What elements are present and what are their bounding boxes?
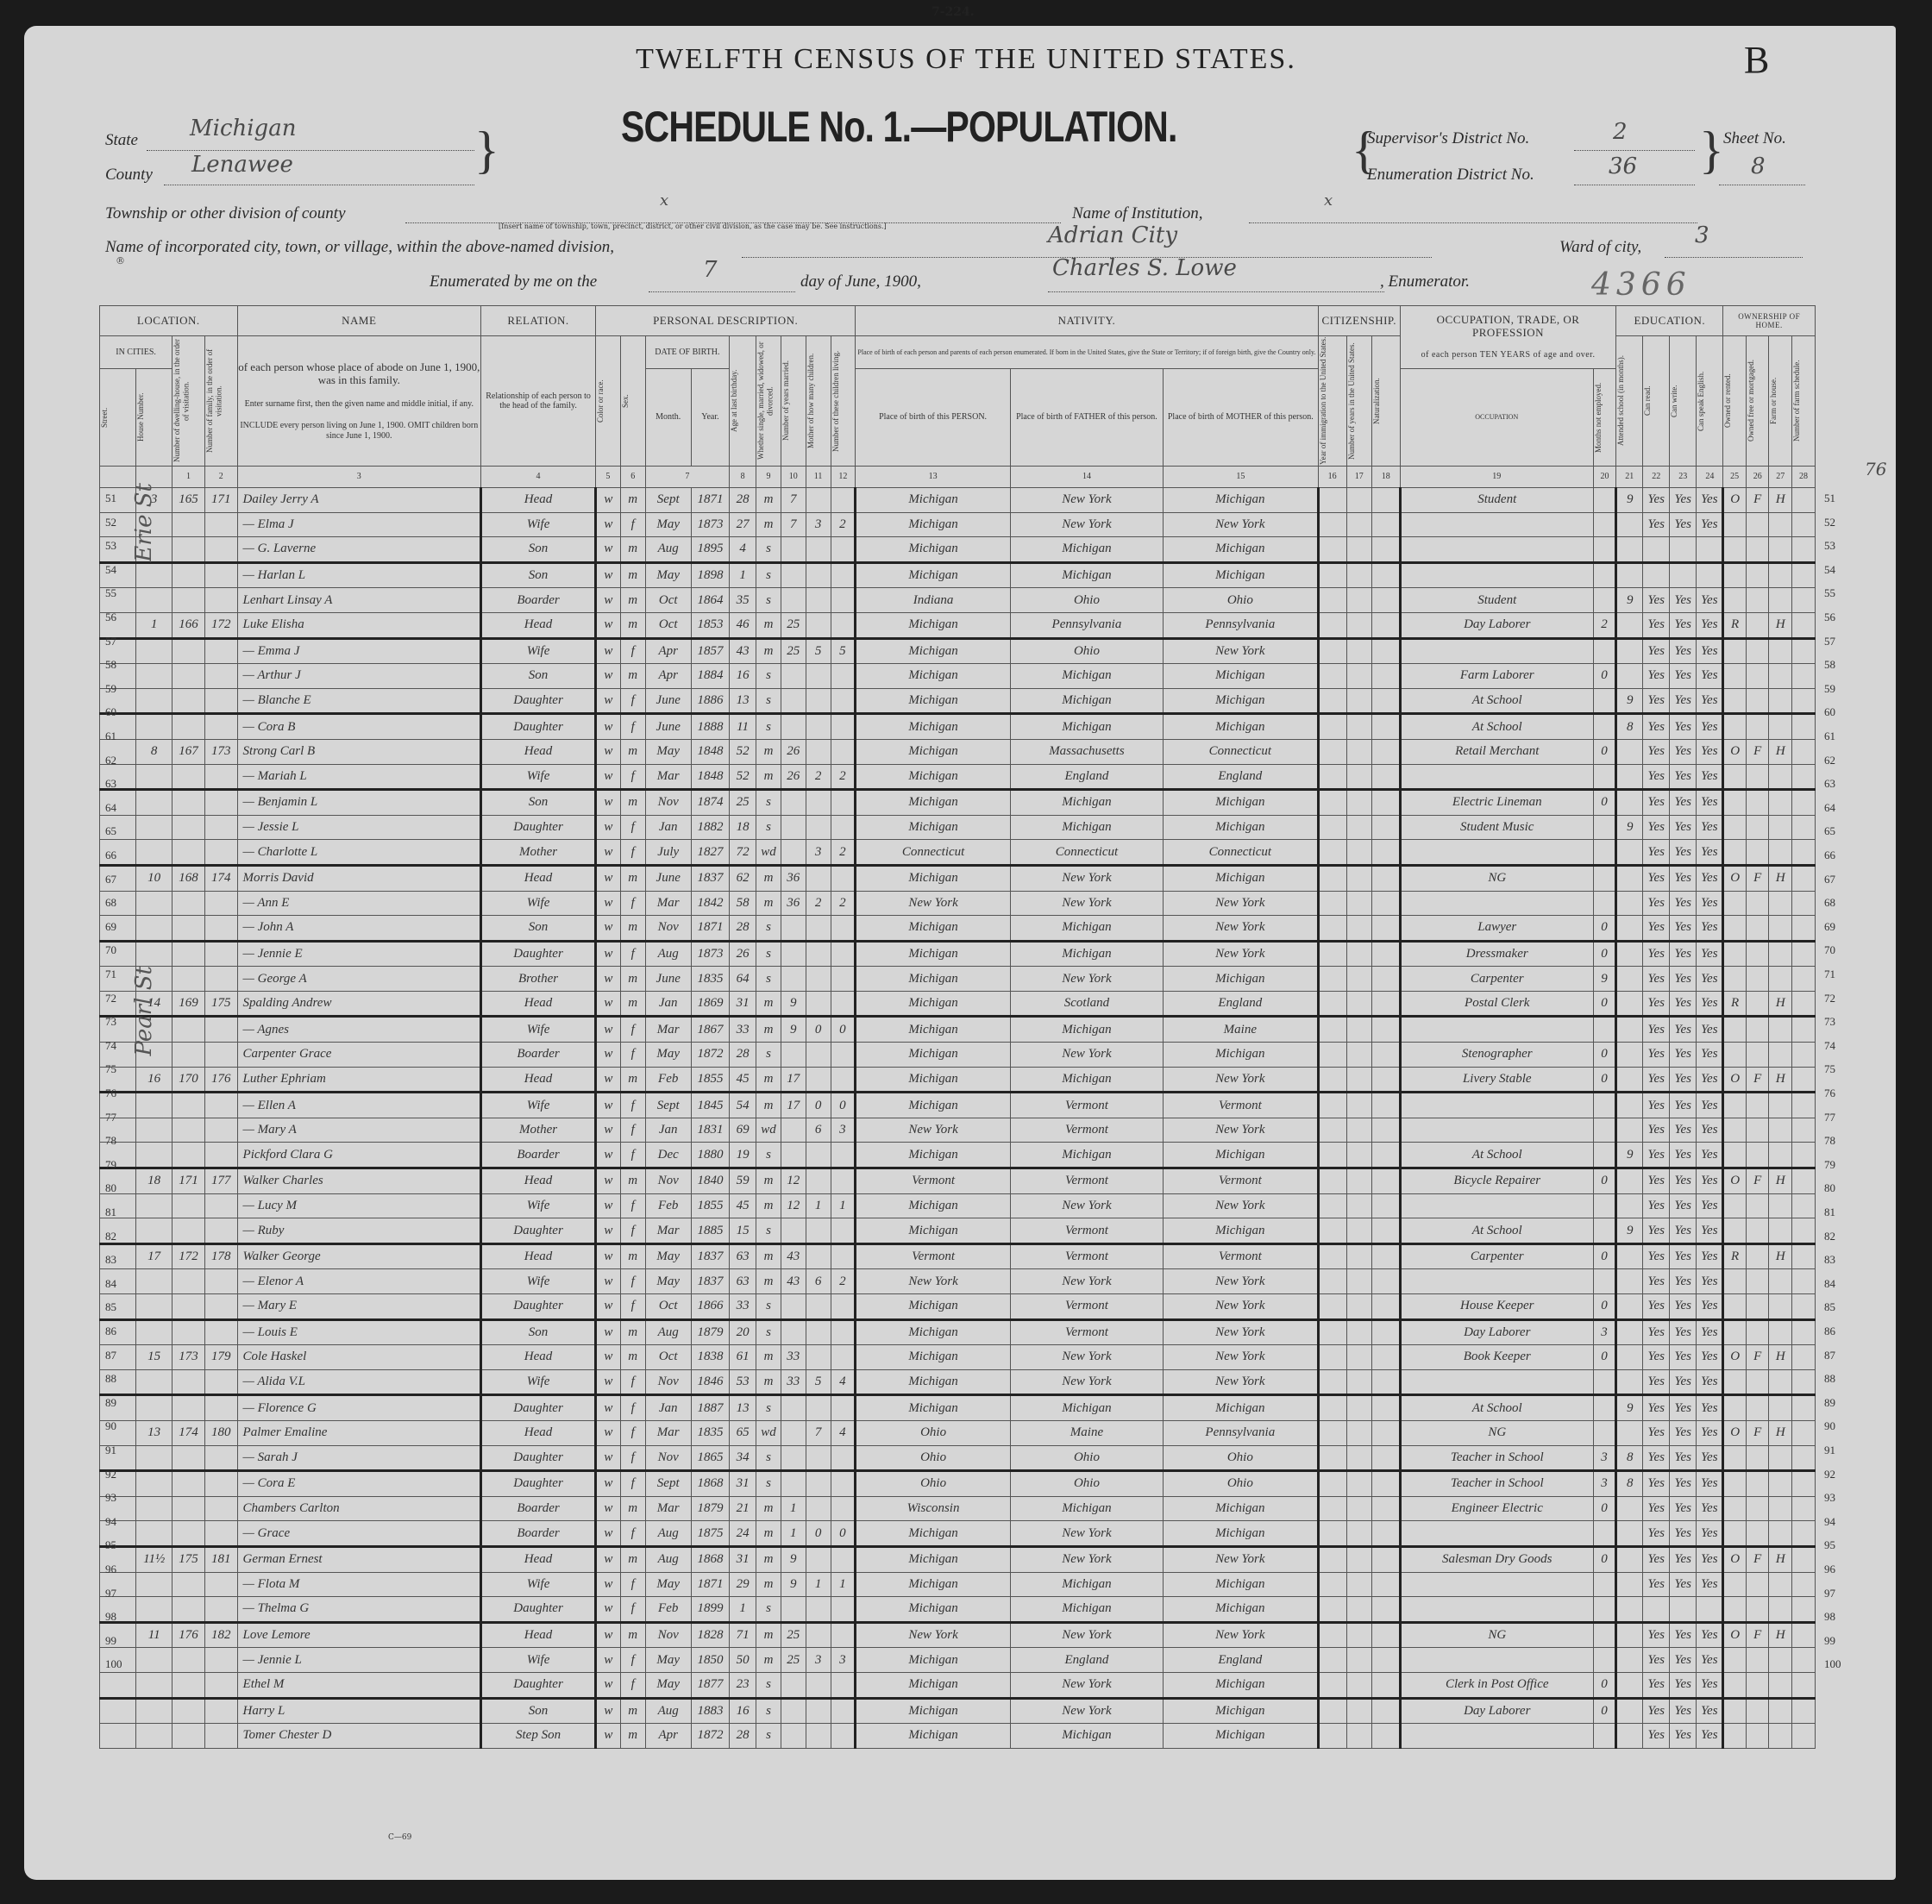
line-number: 96 [1824, 1563, 1835, 1576]
cell-owned: O [1723, 1622, 1747, 1648]
cell-dwelling [172, 1496, 205, 1521]
cell-immig [1318, 941, 1346, 967]
cell-month: Mar [645, 1218, 691, 1244]
cell-farm [1769, 588, 1792, 613]
table-row: — GraceBoarderwfAug187524m100MichiganNew… [100, 1521, 1816, 1547]
cell-owned [1723, 1017, 1747, 1043]
cell-family: 181 [204, 1546, 237, 1572]
cell-month: June [645, 967, 691, 992]
cell-age: 24 [730, 1521, 756, 1547]
cell-unemployed: 0 [1593, 991, 1616, 1017]
cell-natur [1371, 1319, 1400, 1345]
line-number: 87 [105, 1349, 116, 1362]
cell-dwelling [172, 967, 205, 992]
cell-occupation: NG [1400, 1622, 1593, 1648]
cell-relation: Son [481, 664, 596, 689]
cell-write: Yes [1670, 815, 1697, 840]
cell-farm [1769, 1572, 1792, 1597]
farm-schedule-header: Number of farm schedule. [1792, 336, 1801, 466]
cell-unemployed [1593, 1193, 1616, 1218]
cell-english: Yes [1697, 1572, 1723, 1597]
cell-yrs-married: 26 [781, 739, 806, 764]
cell-sex: m [620, 739, 645, 764]
cell-occupation [1400, 1724, 1593, 1749]
cell-school [1616, 1193, 1643, 1218]
cell-write [1670, 562, 1697, 588]
cell-immig [1318, 891, 1346, 916]
line-number: 74 [105, 1039, 116, 1053]
cell-family [204, 1118, 237, 1143]
cell-farm [1769, 1496, 1792, 1521]
cell-dwelling [172, 891, 205, 916]
cell-farm-sched [1792, 512, 1816, 537]
cell-occupation [1400, 537, 1593, 563]
cell-age: 21 [730, 1496, 756, 1521]
cell-farm-sched [1792, 1369, 1816, 1395]
cell-immig [1318, 1017, 1346, 1043]
table-row: 8167173Strong Carl BHeadwmMay184852m26Mi… [100, 739, 1816, 764]
column-number: 20 [1593, 467, 1616, 488]
cell-color: w [596, 537, 621, 563]
cell-occupation: At School [1400, 688, 1593, 714]
cell-natur [1371, 1369, 1400, 1395]
cell-bpm: New York [1164, 891, 1318, 916]
cell-english: Yes [1697, 1143, 1723, 1168]
cell-owned: O [1723, 1546, 1747, 1572]
enumerated-month-label: day of June, 1900, [800, 272, 921, 291]
county-value: Lenawee [191, 152, 293, 178]
cell-name: Love Lemore [237, 1622, 481, 1648]
cell-name: Pickford Clara G [237, 1143, 481, 1168]
cell-yrs-us [1346, 537, 1371, 563]
cell-yrs-married [781, 815, 806, 840]
cell-dwelling [172, 764, 205, 790]
cell-living: 3 [831, 1648, 856, 1673]
cell-family [204, 1698, 237, 1724]
enumerated-label: Enumerated by me on the [430, 272, 597, 291]
cell-family [204, 1597, 237, 1623]
cell-house [136, 1193, 172, 1218]
cell-relation: Head [481, 1345, 596, 1370]
cell-sex: m [620, 967, 645, 992]
cell-unemployed: 0 [1593, 1546, 1616, 1572]
cell-english: Yes [1697, 967, 1723, 992]
cell-dwelling [172, 1521, 205, 1547]
cell-free [1746, 1294, 1769, 1320]
ward-label: Ward of city, [1559, 238, 1641, 257]
cell-name: — Elenor A [237, 1269, 481, 1294]
cell-owned [1723, 1193, 1747, 1218]
line-number: 77 [1824, 1111, 1835, 1124]
cell-house: 11 [136, 1622, 172, 1648]
cell-english: Yes [1697, 612, 1723, 638]
cell-yrs-married [781, 1597, 806, 1623]
cell-name: — George A [237, 967, 481, 992]
cell-bpf: Michigan [1010, 1572, 1163, 1597]
table-row: Carpenter GraceBoarderwfMay187228sMichig… [100, 1043, 1816, 1068]
cell-marital: m [756, 1369, 781, 1395]
cell-unemployed [1593, 1521, 1616, 1547]
cell-marital: m [756, 638, 781, 664]
cell-month: Oct [645, 1345, 691, 1370]
cell-mother-of: 0 [806, 1017, 831, 1043]
cell-age: 16 [730, 664, 756, 689]
cell-unemployed [1593, 1724, 1616, 1749]
cell-mother-of: 7 [806, 1420, 831, 1445]
nativity-desc: Place of birth of each person and parent… [856, 336, 1318, 369]
cell-bpm: Michigan [1164, 488, 1318, 513]
cell-living [831, 1546, 856, 1572]
cell-english: Yes [1697, 916, 1723, 942]
table-row: — Thelma GDaughterwfFeb18991sMichiganMic… [100, 1597, 1816, 1623]
cell-year: 1831 [691, 1118, 729, 1143]
cell-color: w [596, 488, 621, 513]
cell-occupation [1400, 1193, 1593, 1218]
cell-bpf: New York [1010, 967, 1163, 992]
cell-farm: H [1769, 1345, 1792, 1370]
cell-living [831, 967, 856, 992]
cell-natur [1371, 1345, 1400, 1370]
cell-farm-sched [1792, 1193, 1816, 1218]
cell-bpf: Vermont [1010, 1218, 1163, 1244]
cell-color: w [596, 562, 621, 588]
cell-year: 1865 [691, 1445, 729, 1471]
cell-bpm: Michigan [1164, 1521, 1318, 1547]
cell-bp: Vermont [856, 1243, 1010, 1269]
cell-age: 53 [730, 1369, 756, 1395]
cell-relation: Daughter [481, 688, 596, 714]
cell-dwelling: 175 [172, 1546, 205, 1572]
line-number: 98 [105, 1610, 116, 1624]
line-number: 88 [1824, 1372, 1835, 1386]
cell-unemployed: 0 [1593, 1345, 1616, 1370]
cell-relation: Wife [481, 1193, 596, 1218]
cell-color: w [596, 1043, 621, 1068]
cell-read: Yes [1643, 739, 1670, 764]
cell-read: Yes [1643, 1067, 1670, 1093]
line-number: 84 [1824, 1277, 1835, 1291]
cell-yrs-married: 26 [781, 764, 806, 790]
cell-english [1697, 1597, 1723, 1623]
cell-marital: m [756, 488, 781, 513]
cell-occupation: Salesman Dry Goods [1400, 1546, 1593, 1572]
cell-immig [1318, 612, 1346, 638]
cell-bp: Michigan [856, 1017, 1010, 1043]
cell-dwelling [172, 1093, 205, 1118]
cell-living: 1 [831, 1193, 856, 1218]
column-number: 19 [1400, 467, 1593, 488]
cell-farm [1769, 537, 1792, 563]
cell-immig [1318, 1622, 1346, 1648]
cell-house: 17 [136, 1243, 172, 1269]
cell-owned [1723, 1445, 1747, 1471]
cell-family: 180 [204, 1420, 237, 1445]
cell-name: — Blanche E [237, 688, 481, 714]
enumeration-label: Enumeration District No. [1367, 166, 1534, 185]
table-row: — Florence GDaughterwfJan188713sMichigan… [100, 1395, 1816, 1421]
cell-year: 1872 [691, 1043, 729, 1068]
cell-school [1616, 1698, 1643, 1724]
cell-occupation: Day Laborer [1400, 1319, 1593, 1345]
cell-bp: Michigan [856, 562, 1010, 588]
cell-natur [1371, 1243, 1400, 1269]
cell-relation: Daughter [481, 1294, 596, 1320]
cell-name: Luke Elisha [237, 612, 481, 638]
cell-living [831, 865, 856, 891]
cell-farm-sched [1792, 488, 1816, 513]
years-us-header: Number of years in the United States. [1347, 336, 1356, 466]
cell-english: Yes [1697, 688, 1723, 714]
cell-mother-of [806, 1622, 831, 1648]
cell-yrs-married [781, 1143, 806, 1168]
cell-yrs-us [1346, 941, 1371, 967]
cell-immig [1318, 1193, 1346, 1218]
cell-sex: f [620, 1572, 645, 1597]
cell-sex: m [620, 612, 645, 638]
cell-month: Mar [645, 1017, 691, 1043]
cell-school [1616, 764, 1643, 790]
cell-school [1616, 1546, 1643, 1572]
cell-occupation [1400, 1017, 1593, 1043]
cell-living [831, 1597, 856, 1623]
cell-name: Dailey Jerry A [237, 488, 481, 513]
cell-mother-of [806, 688, 831, 714]
cell-dwelling: 167 [172, 739, 205, 764]
cell-yrs-married [781, 916, 806, 942]
cell-bpf: Ohio [1010, 1445, 1163, 1471]
cell-family [204, 1294, 237, 1320]
cell-living [831, 1471, 856, 1497]
cell-english: Yes [1697, 1067, 1723, 1093]
cell-yrs-us [1346, 1521, 1371, 1547]
column-number: 18 [1371, 467, 1400, 488]
cell-bp: Michigan [856, 714, 1010, 740]
cell-natur [1371, 1698, 1400, 1724]
group-relation: RELATION. [481, 306, 596, 336]
cell-yrs-us [1346, 1218, 1371, 1244]
cell-age: 71 [730, 1622, 756, 1648]
cell-year: 1895 [691, 537, 729, 563]
cell-school [1616, 790, 1643, 816]
cell-color: w [596, 1445, 621, 1471]
cell-family [204, 891, 237, 916]
cell-mother-of: 0 [806, 1521, 831, 1547]
cell-color: w [596, 1622, 621, 1648]
cell-house: 16 [136, 1067, 172, 1093]
registration-mark: ® [116, 255, 125, 266]
line-number: 100 [1824, 1657, 1841, 1671]
cell-age: 35 [730, 588, 756, 613]
cell-sex: f [620, 1218, 645, 1244]
cell-marital: s [756, 588, 781, 613]
cell-house [136, 1269, 172, 1294]
cell-living [831, 1294, 856, 1320]
cell-year: 1880 [691, 1143, 729, 1168]
cell-school: 9 [1616, 588, 1643, 613]
cell-family [204, 1672, 237, 1698]
cell-age: 63 [730, 1269, 756, 1294]
cell-free [1746, 562, 1769, 588]
line-number: 80 [105, 1181, 116, 1195]
cell-immig [1318, 840, 1346, 866]
cell-owned [1723, 1672, 1747, 1698]
cell-english: Yes [1697, 1243, 1723, 1269]
cell-bpm: Vermont [1164, 1093, 1318, 1118]
cell-year: 1846 [691, 1369, 729, 1395]
table-row: 10168174Morris DavidHeadwmJune183762m36M… [100, 865, 1816, 891]
column-number-row: 1234567891011121314151617181920212223242… [100, 467, 1816, 488]
cell-house [136, 1218, 172, 1244]
cell-name: German Ernest [237, 1546, 481, 1572]
cell-house: 1 [136, 612, 172, 638]
cell-house [136, 1698, 172, 1724]
cell-house [136, 1319, 172, 1345]
cell-farm-sched [1792, 865, 1816, 891]
cell-bp: Michigan [856, 638, 1010, 664]
cell-write: Yes [1670, 1269, 1697, 1294]
cell-bpm: New York [1164, 1369, 1318, 1395]
cell-bpf: England [1010, 764, 1163, 790]
marital-header: Whether single, married, widowed, or div… [756, 336, 775, 466]
cell-natur [1371, 1395, 1400, 1421]
cell-school [1616, 562, 1643, 588]
cell-month: July [645, 840, 691, 866]
cell-farm-sched [1792, 1395, 1816, 1421]
cell-school: 9 [1616, 815, 1643, 840]
cell-marital: s [756, 941, 781, 967]
name-instruction: Enter surname first, then the given name… [238, 399, 481, 410]
cell-occupation: Student Music [1400, 815, 1593, 840]
cell-unemployed [1593, 1420, 1616, 1445]
cell-age: 18 [730, 815, 756, 840]
cell-occupation: Teacher in School [1400, 1445, 1593, 1471]
cell-year: 1864 [691, 588, 729, 613]
cell-bpf: Vermont [1010, 1118, 1163, 1143]
group-location: LOCATION. [100, 306, 238, 336]
cell-marital: m [756, 1269, 781, 1294]
line-number: 78 [105, 1134, 116, 1148]
cell-english: Yes [1697, 1294, 1723, 1320]
cell-yrs-us [1346, 739, 1371, 764]
cell-natur [1371, 1672, 1400, 1698]
cell-read: Yes [1643, 1546, 1670, 1572]
cell-house [136, 588, 172, 613]
cell-yrs-married [781, 840, 806, 866]
cell-yrs-us [1346, 1168, 1371, 1194]
cell-school [1616, 865, 1643, 891]
line-number: 63 [1824, 777, 1835, 791]
line-number: 53 [105, 539, 116, 553]
cell-marital: m [756, 1622, 781, 1648]
table-row: — Mary EDaughterwfOct186633sMichiganVerm… [100, 1294, 1816, 1320]
cell-immig [1318, 815, 1346, 840]
cell-bpf: Michigan [1010, 1017, 1163, 1043]
cell-read: Yes [1643, 1496, 1670, 1521]
cell-house [136, 941, 172, 967]
cell-month: Nov [645, 790, 691, 816]
cell-name: — Thelma G [237, 1597, 481, 1623]
cell-relation: Wife [481, 1369, 596, 1395]
cell-month: June [645, 688, 691, 714]
cell-write: Yes [1670, 1093, 1697, 1118]
cell-name: — G. Laverne [237, 537, 481, 563]
group-occupation: OCCUPATION, TRADE, OR PROFESSION of each… [1400, 306, 1615, 369]
cell-occupation: Day Laborer [1400, 612, 1593, 638]
cell-living [831, 815, 856, 840]
cell-relation: Head [481, 1243, 596, 1269]
cell-name: Walker Charles [237, 1168, 481, 1194]
column-number: 16 [1318, 467, 1346, 488]
cell-sex: m [620, 1496, 645, 1521]
line-number: 52 [105, 516, 116, 529]
table-row: — Benjamin LSonwmNov187425sMichiganMichi… [100, 790, 1816, 816]
cell-relation: Boarder [481, 1521, 596, 1547]
cell-yrs-us [1346, 916, 1371, 942]
table-row: Chambers CarltonBoarderwmMar187921m1Wisc… [100, 1496, 1816, 1521]
cell-free [1746, 537, 1769, 563]
cell-dwelling [172, 1395, 205, 1421]
cell-mother-of [806, 488, 831, 513]
cell-living: 5 [831, 638, 856, 664]
cell-age: 65 [730, 1420, 756, 1445]
column-number: 6 [620, 467, 645, 488]
cell-family [204, 941, 237, 967]
cell-dwelling [172, 664, 205, 689]
cell-yrs-married: 43 [781, 1243, 806, 1269]
cell-write: Yes [1670, 1445, 1697, 1471]
cell-house: 15 [136, 1345, 172, 1370]
cell-living [831, 488, 856, 513]
cell-read: Yes [1643, 1043, 1670, 1068]
cell-relation: Wife [481, 638, 596, 664]
cell-month: May [645, 739, 691, 764]
cell-dwelling: 165 [172, 488, 205, 513]
cell-english: Yes [1697, 1319, 1723, 1345]
cell-bp: Michigan [856, 1067, 1010, 1093]
cell-relation: Son [481, 916, 596, 942]
cell-farm [1769, 1724, 1792, 1749]
table-row: — Louis ESonwmAug187920sMichiganVermontN… [100, 1319, 1816, 1345]
line-number: 73 [105, 1015, 116, 1029]
enumerator-label: , Enumerator. [1380, 272, 1470, 291]
cell-school [1616, 1067, 1643, 1093]
cell-farm [1769, 1269, 1792, 1294]
cell-read [1643, 1597, 1670, 1623]
cell-marital: s [756, 562, 781, 588]
table-row: 3165171Dailey Jerry AHeadwmSept187128m7M… [100, 488, 1816, 513]
margin-note: 76 [1865, 459, 1886, 479]
cell-immig [1318, 1143, 1346, 1168]
cell-write: Yes [1670, 1294, 1697, 1320]
cell-yrs-married [781, 1445, 806, 1471]
cell-school: 8 [1616, 714, 1643, 740]
cell-natur [1371, 1193, 1400, 1218]
cell-year: 1827 [691, 840, 729, 866]
cell-school [1616, 1420, 1643, 1445]
cell-free [1746, 1724, 1769, 1749]
cell-school [1616, 1648, 1643, 1673]
cell-natur [1371, 790, 1400, 816]
cell-english: Yes [1697, 1622, 1723, 1648]
cell-bp: Michigan [856, 1572, 1010, 1597]
cell-write: Yes [1670, 1521, 1697, 1547]
street-note-2: Pearl St [131, 966, 157, 1055]
cell-school [1616, 1672, 1643, 1698]
cell-relation: Step Son [481, 1724, 596, 1749]
cell-dwelling [172, 941, 205, 967]
column-number: 5 [596, 467, 621, 488]
cell-relation: Head [481, 612, 596, 638]
